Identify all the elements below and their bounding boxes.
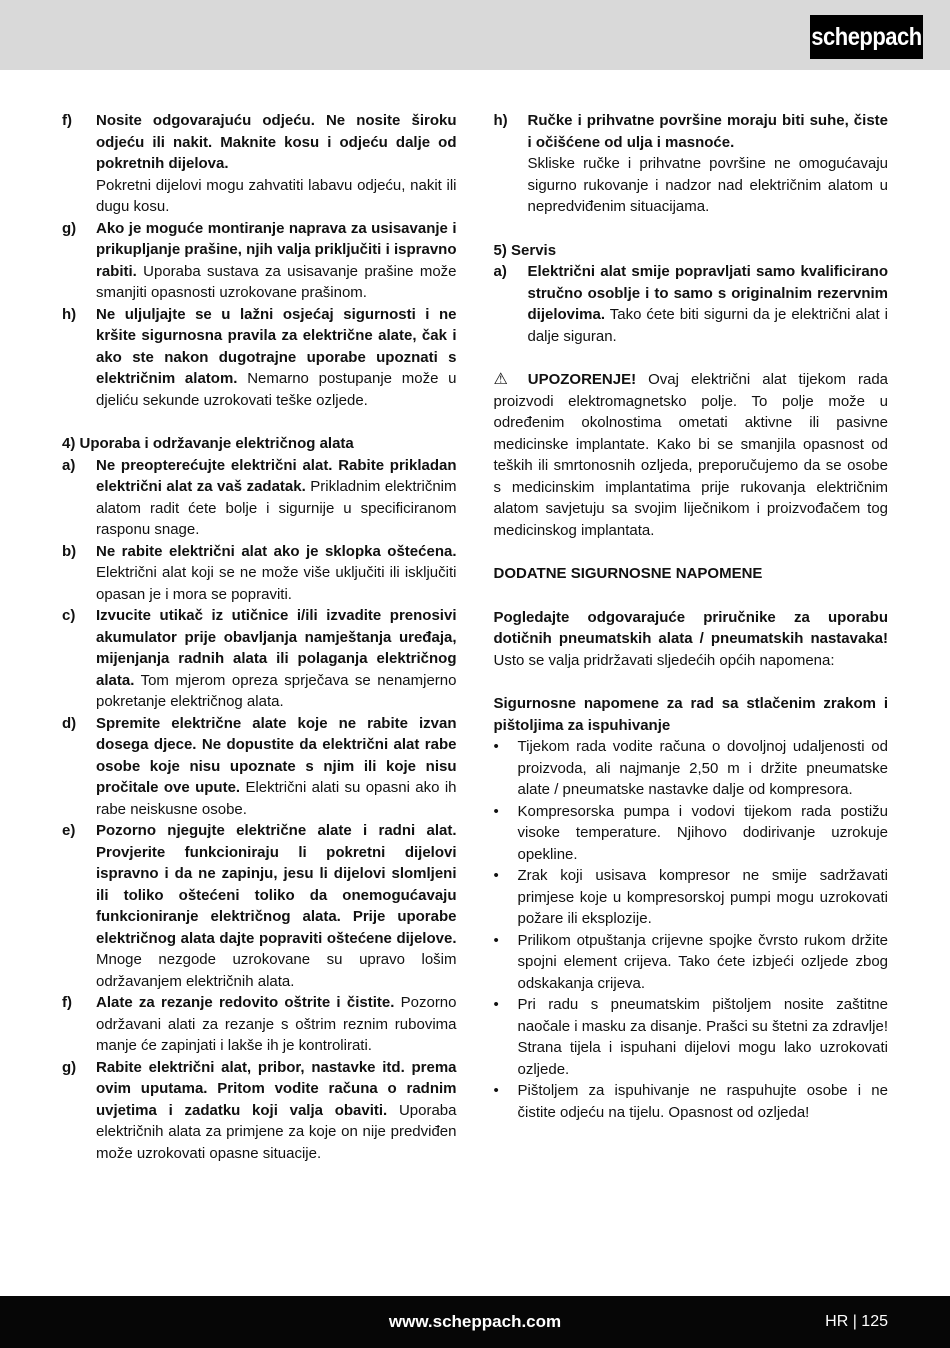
bullet-icon: • xyxy=(494,994,518,1080)
list-item-marker: b) xyxy=(62,541,96,606)
list-item-text: Ne rabite električni alat ako je sklopka… xyxy=(96,541,457,606)
bullet-text: Tijekom rada vodite računa o dovoljnoj u… xyxy=(518,736,889,801)
warning-paragraph: ⚠ UPOZORENJE! Ovaj električni alat tijek… xyxy=(494,369,889,541)
list-item-marker: h) xyxy=(62,304,96,412)
footer-page-label: HR | 125 xyxy=(825,1313,888,1331)
item-bold-text: Ne rabite električni alat ako je sklopka… xyxy=(96,543,457,560)
paragraph-normal-text: Ovaj električni alat tijekom rada proizv… xyxy=(494,371,889,539)
bullet-text: Pištoljem za ispuhivanje ne raspuhujte o… xyxy=(518,1080,889,1123)
list-item-marker: g) xyxy=(62,1057,96,1165)
sub-heading: Sigurnosne napomene za rad sa stlačenim … xyxy=(494,693,889,736)
list-item-marker: a) xyxy=(62,455,96,541)
bullet-item: •Prilikom otpuštanja crijevne spojke čvr… xyxy=(494,930,889,995)
item-normal-text: Uporaba sustava za usisavanje prašine mo… xyxy=(96,263,457,302)
bullet-list: •Tijekom rada vodite računa o dovoljnoj … xyxy=(494,736,889,1123)
header: scheppach xyxy=(0,0,950,70)
list-item-marker: c) xyxy=(62,605,96,713)
paragraph-bold-text: Pogledajte odgovarajuće priručnike za up… xyxy=(494,609,889,648)
item-normal-text: Tom mjerom opreza sprječava se nenamjern… xyxy=(96,672,456,711)
list-item: d)Spremite električne alate koje ne rabi… xyxy=(62,713,457,821)
bullet-item: •Kompresorska pumpa i vodovi tijekom rad… xyxy=(494,801,889,866)
bullet-icon: • xyxy=(494,801,518,866)
section-heading: DODATNE SIGURNOSNE NAPOMENE xyxy=(494,563,889,585)
list-item-marker: g) xyxy=(62,218,96,304)
item-normal-text: Skliske ručke i prihvatne površine ne om… xyxy=(528,155,889,215)
footer-website: www.scheppach.com xyxy=(389,1312,561,1332)
list-item: a)Električni alat smije popravljati samo… xyxy=(494,261,889,347)
bullet-text: Pri radu s pneumatskim pištoljem nosite … xyxy=(518,994,889,1080)
item-normal-text: Električni alat koji se ne može više ukl… xyxy=(96,564,457,603)
list-item: f)Alate za rezanje redovito oštrite i či… xyxy=(62,992,457,1057)
list-item-text: Ručke i prihvatne površine moraju biti s… xyxy=(528,110,889,218)
bullet-icon: • xyxy=(494,865,518,930)
safety-list: a)Ne preopterećujte električni alat. Rab… xyxy=(62,455,457,1165)
paragraph-bold-text: UPOZORENJE! xyxy=(528,371,636,388)
item-normal-text: Mnoge nezgode uzrokovane su upravo lošim… xyxy=(96,951,457,990)
section-heading: 5) Servis xyxy=(494,240,889,262)
bullet-item: •Pištoljem za ispuhivanje ne raspuhujte … xyxy=(494,1080,889,1123)
item-bold-text: Nosite odgovarajuću odjeću. Ne nosite ši… xyxy=(96,110,457,175)
item-normal-text: Pokretni dijelovi mogu zahvatiti labavu … xyxy=(96,177,457,216)
scheppach-logo: scheppach xyxy=(810,15,923,59)
bullet-item: •Tijekom rada vodite računa o dovoljnoj … xyxy=(494,736,889,801)
list-item-text: Izvucite utikač iz utičnice i/ili izvadi… xyxy=(96,605,457,713)
list-item-text: Nosite odgovarajuću odjeću. Ne nosite ši… xyxy=(96,110,457,218)
list-item: f)Nosite odgovarajuću odjeću. Ne nosite … xyxy=(62,110,457,218)
bullet-item: •Pri radu s pneumatskim pištoljem nosite… xyxy=(494,994,889,1080)
paragraph-normal-text: Usto se valja pridržavati sljedećih opći… xyxy=(494,652,835,669)
item-bold-text: Alate za rezanje redovito oštrite i čist… xyxy=(96,994,394,1011)
list-item: a)Ne preopterećujte električni alat. Rab… xyxy=(62,455,457,541)
section-heading: 4) Uporaba i održavanje električnog alat… xyxy=(62,433,457,455)
list-item: g)Ako je moguće montiranje naprava za us… xyxy=(62,218,457,304)
bullet-icon: • xyxy=(494,736,518,801)
safety-list: a)Električni alat smije popravljati samo… xyxy=(494,261,889,347)
list-item: h)Ne uljuljajte se u lažni osjećaj sigur… xyxy=(62,304,457,412)
list-item-text: Ne uljuljajte se u lažni osjećaj sigurno… xyxy=(96,304,457,412)
list-item-text: Alate za rezanje redovito oštrite i čist… xyxy=(96,992,457,1057)
footer: www.scheppach.com HR | 125 xyxy=(0,1296,950,1348)
list-item-marker: f) xyxy=(62,992,96,1057)
item-bold-text: Pozorno njegujte električne alate i radn… xyxy=(96,822,457,947)
bullet-text: Kompresorska pumpa i vodovi tijekom rada… xyxy=(518,801,889,866)
column-left: f)Nosite odgovarajuću odjeću. Ne nosite … xyxy=(62,110,457,1296)
warning-icon: ⚠ xyxy=(494,371,516,388)
list-item: g)Rabite električni alat, pribor, nastav… xyxy=(62,1057,457,1165)
list-item-marker: a) xyxy=(494,261,528,347)
list-item: b)Ne rabite električni alat ako je sklop… xyxy=(62,541,457,606)
page: scheppach f)Nosite odgovarajuću odjeću. … xyxy=(0,0,950,1348)
safety-list: h)Ručke i prihvatne površine moraju biti… xyxy=(494,110,889,218)
list-item: e)Pozorno njegujte električne alate i ra… xyxy=(62,820,457,992)
logo-text: scheppach xyxy=(811,22,921,52)
column-right: h)Ručke i prihvatne površine moraju biti… xyxy=(494,110,889,1296)
bullet-text: Prilikom otpuštanja crijevne spojke čvrs… xyxy=(518,930,889,995)
list-item-marker: d) xyxy=(62,713,96,821)
bullet-icon: • xyxy=(494,930,518,995)
list-item-text: Električni alat smije popravljati samo k… xyxy=(528,261,889,347)
list-item-marker: e) xyxy=(62,820,96,992)
list-item-marker: h) xyxy=(494,110,528,218)
bullet-icon: • xyxy=(494,1080,518,1123)
list-item-text: Rabite električni alat, pribor, nastavke… xyxy=(96,1057,457,1165)
list-item: h)Ručke i prihvatne površine moraju biti… xyxy=(494,110,889,218)
item-bold-text: Ručke i prihvatne površine moraju biti s… xyxy=(528,110,889,153)
content: f)Nosite odgovarajuću odjeću. Ne nosite … xyxy=(0,70,950,1296)
list-item-text: Ako je moguće montiranje naprava za usis… xyxy=(96,218,457,304)
note-paragraph: Pogledajte odgovarajuće priručnike za up… xyxy=(494,607,889,672)
bullet-text: Zrak koji usisava kompresor ne smije sad… xyxy=(518,865,889,930)
list-item-marker: f) xyxy=(62,110,96,218)
list-item-text: Ne preopterećujte električni alat. Rabit… xyxy=(96,455,457,541)
safety-list: f)Nosite odgovarajuću odjeću. Ne nosite … xyxy=(62,110,457,411)
list-item-text: Spremite električne alate koje ne rabite… xyxy=(96,713,457,821)
bullet-item: •Zrak koji usisava kompresor ne smije sa… xyxy=(494,865,889,930)
list-item-text: Pozorno njegujte električne alate i radn… xyxy=(96,820,457,992)
list-item: c)Izvucite utikač iz utičnice i/ili izva… xyxy=(62,605,457,713)
